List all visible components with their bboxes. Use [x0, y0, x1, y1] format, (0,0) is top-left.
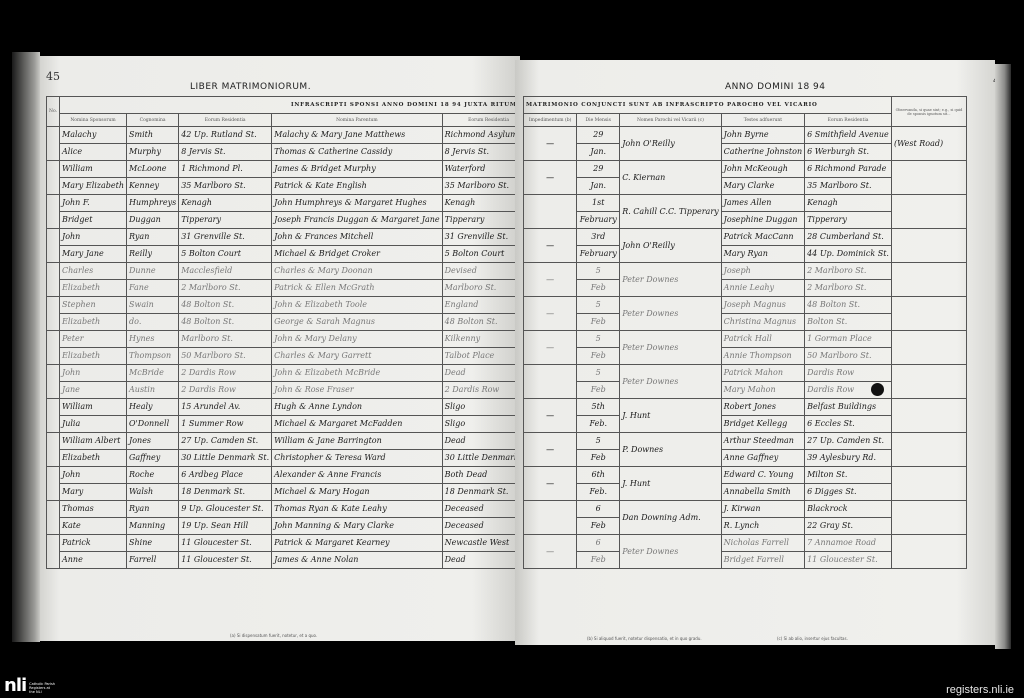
witness-name: Patrick MacCann: [721, 229, 804, 246]
spouse-name: Mary Jane: [60, 246, 127, 263]
spouse-residence: 5 Bolton Court: [179, 246, 272, 263]
witness-residence: 22 Gray St.: [805, 518, 892, 535]
spouse-surname: Austin: [127, 382, 179, 399]
right-banner: MATRIMONIO CONJUNCTI SUNT AB INFRASCRIPT…: [524, 97, 892, 114]
spouse-name: John F.: [60, 195, 127, 212]
witness-name: R. Lynch: [721, 518, 804, 535]
witness-residence: 6 Richmond Parade: [805, 161, 892, 178]
officiating-priest: Peter Downes: [620, 365, 721, 399]
register-entry-row: Elizabethdo.48 Bolton St.George & Sarah …: [47, 314, 583, 331]
parents-names: Michael & Bridget Croker: [272, 246, 442, 263]
register-entry-row: William AlbertJones27 Up. Camden St.Will…: [47, 433, 583, 450]
spouse-residence: 27 Up. Camden St.: [179, 433, 272, 450]
impediment: —: [524, 297, 577, 331]
spouse-residence: 8 Jervis St.: [179, 144, 272, 161]
notes: [891, 433, 966, 467]
witness-name: Annie Thompson: [721, 348, 804, 365]
impediment: —: [524, 467, 577, 501]
entry-mark: [47, 161, 60, 195]
register-entry-row: PatrickShine11 Gloucester St.Patrick & M…: [47, 535, 583, 552]
witness-name: Mary Clarke: [721, 178, 804, 195]
notes: [891, 161, 966, 195]
spouse-residence: 11 Gloucester St.: [179, 535, 272, 552]
register-entry-row: MaryWalsh18 Denmark St.Michael & Mary Ho…: [47, 484, 583, 501]
spouse-surname: Manning: [127, 518, 179, 535]
marriage-date: Feb.: [577, 416, 620, 433]
marriage-date: Jan.: [577, 178, 620, 195]
witness-name: Josephine Duggan: [721, 212, 804, 229]
officiating-priest: J. Hunt: [620, 399, 721, 433]
notes: [891, 365, 966, 399]
column-header: Impedimentum (b): [524, 114, 577, 127]
witness-name: Joseph Magnus: [721, 297, 804, 314]
register-entry-row: StephenSwain48 Bolton St.John & Elizabet…: [47, 297, 583, 314]
witness-residence: 1 Gorman Place: [805, 331, 892, 348]
register-entry-row: WilliamMcLoone1 Richmond Pl.James & Brid…: [47, 161, 583, 178]
parents-names: Alexander & Anne Francis: [272, 467, 442, 484]
left-page-edge: [12, 52, 40, 642]
spouse-residence: 2 Dardis Row: [179, 365, 272, 382]
entry-mark: [47, 331, 60, 365]
entry-mark: [47, 433, 60, 467]
entry-mark: [47, 365, 60, 399]
witness-residence: 2 Marlboro St.: [805, 280, 892, 297]
spouse-name: John: [60, 229, 127, 246]
entry-mark: [47, 467, 60, 501]
spouse-name: Thomas: [60, 501, 127, 518]
marriage-date: Feb: [577, 450, 620, 467]
witness-name: Nicholas Farrell: [721, 535, 804, 552]
column-header: Cognomina: [127, 114, 179, 127]
spouse-name: Elizabeth: [60, 450, 127, 467]
witness-residence: Kenagh: [805, 195, 892, 212]
witness-name: Mary Mahon: [721, 382, 804, 399]
marriage-date: 6: [577, 535, 620, 552]
register-entry-row: 6Dan Downing Adm.J. KirwanBlackrock: [524, 501, 967, 518]
right-page-title: ANNO DOMINI 18 94: [725, 82, 826, 92]
spouse-residence: 1 Richmond Pl.: [179, 161, 272, 178]
spouse-surname: Jones: [127, 433, 179, 450]
spouse-name: John: [60, 365, 127, 382]
spouse-surname: Ryan: [127, 229, 179, 246]
witness-residence: 44 Up. Dominick St.: [805, 246, 892, 263]
marriage-date: February: [577, 246, 620, 263]
register-entry-row: ElizabethGaffney30 Little Denmark St.Chr…: [47, 450, 583, 467]
entry-mark: [47, 127, 60, 161]
officiating-priest: John O'Reilly: [620, 229, 721, 263]
officiating-priest: Peter Downes: [620, 297, 721, 331]
notes: [891, 399, 966, 433]
spouse-name: Stephen: [60, 297, 127, 314]
register-entry-row: JohnMcBride2 Dardis RowJohn & Elizabeth …: [47, 365, 583, 382]
witness-name: J. Kirwan: [721, 501, 804, 518]
ink-blot: [871, 383, 884, 396]
spouse-name: Patrick: [60, 535, 127, 552]
spouse-name: William: [60, 161, 127, 178]
witness-residence: 50 Marlboro St.: [805, 348, 892, 365]
register-entry-row: —29C. KiernanJohn McKeough6 Richmond Par…: [524, 161, 967, 178]
nli-logo-mark: nli: [4, 678, 26, 694]
marriage-date: 6: [577, 501, 620, 518]
register-entry-row: JohnRoche6 Ardbeg PlaceAlexander & Anne …: [47, 467, 583, 484]
spouse-residence: 6 Ardbeg Place: [179, 467, 272, 484]
notes: [891, 229, 966, 263]
marriage-date: 29: [577, 161, 620, 178]
spouse-residence: Macclesfield: [179, 263, 272, 280]
impediment: —: [524, 399, 577, 433]
marriage-date: Feb: [577, 348, 620, 365]
register-entry-row: KateManning19 Up. Sean HillJohn Manning …: [47, 518, 583, 535]
register-entry-row: Mary JaneReilly5 Bolton CourtMichael & B…: [47, 246, 583, 263]
witness-name: John Byrne: [721, 127, 804, 144]
spouse-name: Julia: [60, 416, 127, 433]
column-header: Eorum Residentia: [179, 114, 272, 127]
officiating-priest: Peter Downes: [620, 263, 721, 297]
register-entry-row: 5Peter DownesPatrick MahonDardis Row: [524, 365, 967, 382]
left-page-title: LIBER MATRIMONIORUM.: [190, 82, 311, 92]
spouse-name: William: [60, 399, 127, 416]
witness-name: Patrick Hall: [721, 331, 804, 348]
witness-residence: Belfast Buildings: [805, 399, 892, 416]
parents-names: Christopher & Teresa Ward: [272, 450, 442, 467]
witness-residence: 35 Marlboro St.: [805, 178, 892, 195]
register-entry-row: PeterHynesMarlboro St.John & Mary Delany…: [47, 331, 583, 348]
impediment: [524, 195, 577, 229]
parents-names: John & Mary Delany: [272, 331, 442, 348]
spouse-surname: McLoone: [127, 161, 179, 178]
parents-names: Thomas & Catherine Cassidy: [272, 144, 442, 161]
spouse-surname: Dunne: [127, 263, 179, 280]
marriage-register-right-table: MATRIMONIO CONJUNCTI SUNT AB INFRASCRIPT…: [523, 96, 967, 569]
witness-residence: Tipperary: [805, 212, 892, 229]
marriage-date: 6th: [577, 467, 620, 484]
parents-names: Patrick & Ellen McGrath: [272, 280, 442, 297]
witness-name: Catherine Johnston: [721, 144, 804, 161]
witness-residence: Milton St.: [805, 467, 892, 484]
parents-names: John & Rose Fraser: [272, 382, 442, 399]
spouse-name: Jane: [60, 382, 127, 399]
impediment: [524, 365, 577, 399]
parents-names: John Manning & Mary Clarke: [272, 518, 442, 535]
register-entry-row: —6thJ. HuntEdward C. YoungMilton St.: [524, 467, 967, 484]
witness-name: Annabella Smith: [721, 484, 804, 501]
site-url[interactable]: registers.nli.ie: [946, 684, 1014, 696]
spouse-name: William Albert: [60, 433, 127, 450]
witness-residence: Blackrock: [805, 501, 892, 518]
notes: [891, 297, 966, 331]
notes: [891, 331, 966, 365]
register-entry-row: 1stR. Cahill C.C. TipperaryJames AllenKe…: [524, 195, 967, 212]
notes: [891, 501, 966, 535]
register-entry-row: ElizabethThompson50 Marlboro St.Charles …: [47, 348, 583, 365]
spouse-name: Charles: [60, 263, 127, 280]
column-header-row: Nomina SponsorumCognominaEorum Residenti…: [47, 114, 583, 127]
witness-residence: 39 Aylesbury Rd.: [805, 450, 892, 467]
notes: (West Road): [891, 127, 966, 161]
marriage-date: 1st: [577, 195, 620, 212]
no-header: No.: [47, 97, 60, 127]
register-entry-row: BridgetDugganTipperaryJoseph Francis Dug…: [47, 212, 583, 229]
register-entry-row: ElizabethFane2 Marlboro St.Patrick & Ell…: [47, 280, 583, 297]
spouse-surname: Thompson: [127, 348, 179, 365]
spouse-surname: Walsh: [127, 484, 179, 501]
parents-names: Thomas Ryan & Kate Leahy: [272, 501, 442, 518]
spouse-residence: 42 Up. Rutland St.: [179, 127, 272, 144]
marriage-date: 5: [577, 297, 620, 314]
marriage-date: 5: [577, 433, 620, 450]
entry-mark: [47, 297, 60, 331]
spouse-name: Mary Elizabeth: [60, 178, 127, 195]
notes: [891, 195, 966, 229]
spouse-surname: Shine: [127, 535, 179, 552]
spouse-residence: 50 Marlboro St.: [179, 348, 272, 365]
officiating-priest: C. Kiernan: [620, 161, 721, 195]
witness-residence: 28 Cumberland St.: [805, 229, 892, 246]
spouse-residence: 48 Bolton St.: [179, 314, 272, 331]
marriage-date: Feb: [577, 280, 620, 297]
notes: [891, 467, 966, 501]
officiating-priest: Peter Downes: [620, 535, 721, 569]
spouse-name: John: [60, 467, 127, 484]
left-footnote: (a) Si dispensatum fuerit, notetur, et a…: [230, 633, 317, 638]
spouse-residence: 35 Marlboro St.: [179, 178, 272, 195]
spouse-residence: 9 Up. Gloucester St.: [179, 501, 272, 518]
spouse-residence: Kenagh: [179, 195, 272, 212]
spouse-surname: Ryan: [127, 501, 179, 518]
spouse-residence: 2 Dardis Row: [179, 382, 272, 399]
parents-names: George & Sarah Magnus: [272, 314, 442, 331]
spouse-name: Elizabeth: [60, 314, 127, 331]
impediment: —: [524, 263, 577, 297]
left-page-number: 45: [46, 70, 60, 83]
entry-mark: [47, 195, 60, 229]
marriage-date: Jan.: [577, 144, 620, 161]
spouse-surname: Murphy: [127, 144, 179, 161]
witness-name: Patrick Mahon: [721, 365, 804, 382]
spouse-residence: 15 Arundel Av.: [179, 399, 272, 416]
spouse-name: Bridget: [60, 212, 127, 229]
marriage-date: Feb.: [577, 484, 620, 501]
left-page: 45 LIBER MATRIMONIORUM. No.INFRASCRIPTI …: [40, 56, 520, 641]
witness-name: James Allen: [721, 195, 804, 212]
parents-names: Charles & Mary Garrett: [272, 348, 442, 365]
impediment: —: [524, 127, 577, 161]
spouse-name: Peter: [60, 331, 127, 348]
parents-names: John & Frances Mitchell: [272, 229, 442, 246]
parents-names: Michael & Margaret McFadden: [272, 416, 442, 433]
marriage-register-left-table: No.INFRASCRIPTI SPONSI ANNO DOMINI 18 94…: [46, 96, 583, 569]
marriage-date: Feb: [577, 314, 620, 331]
parents-names: Michael & Mary Hogan: [272, 484, 442, 501]
register-entry-row: Mary ElizabethKenney35 Marlboro St.Patri…: [47, 178, 583, 195]
witness-name: Anne Gaffney: [721, 450, 804, 467]
marriage-date: Feb: [577, 552, 620, 569]
spouse-surname: Farrell: [127, 552, 179, 569]
marriage-date: February: [577, 212, 620, 229]
spouse-name: Malachy: [60, 127, 127, 144]
register-entry-row: AnneFarrell11 Gloucester St.James & Anne…: [47, 552, 583, 569]
entry-mark: [47, 263, 60, 297]
entry-mark: [47, 399, 60, 433]
spouse-surname: Fane: [127, 280, 179, 297]
register-entry-row: JaneAustin2 Dardis RowJohn & Rose Fraser…: [47, 382, 583, 399]
witness-name: Christina Magnus: [721, 314, 804, 331]
register-entry-row: —6Peter DownesNicholas Farrell7 Annamoe …: [524, 535, 967, 552]
parents-names: James & Anne Nolan: [272, 552, 442, 569]
officiating-priest: Dan Downing Adm.: [620, 501, 721, 535]
witness-name: Joseph: [721, 263, 804, 280]
witness-residence: 6 Digges St.: [805, 484, 892, 501]
spouse-residence: 30 Little Denmark St.: [179, 450, 272, 467]
witness-residence: 11 Gloucester St.: [805, 552, 892, 569]
impediment: [524, 501, 577, 535]
parents-names: John & Elizabeth Toole: [272, 297, 442, 314]
spouse-surname: Reilly: [127, 246, 179, 263]
marriage-date: 5: [577, 331, 620, 348]
witness-name: Annie Leahy: [721, 280, 804, 297]
register-entry-row: ThomasRyan9 Up. Gloucester St.Thomas Rya…: [47, 501, 583, 518]
register-entry-row: John F.HumphreysKenaghJohn Humphreys & M…: [47, 195, 583, 212]
spouse-surname: Kenney: [127, 178, 179, 195]
spouse-surname: Gaffney: [127, 450, 179, 467]
register-entry-row: —29John O'ReillyJohn Byrne6 Smithfield A…: [524, 127, 967, 144]
witness-name: Arthur Steedman: [721, 433, 804, 450]
witness-name: Robert Jones: [721, 399, 804, 416]
spouse-residence: 2 Marlboro St.: [179, 280, 272, 297]
impediment: —: [524, 331, 577, 365]
parents-names: Charles & Mary Doonan: [272, 263, 442, 280]
spouse-surname: O'Donnell: [127, 416, 179, 433]
spouse-name: Kate: [60, 518, 127, 535]
spouse-residence: 1 Summer Row: [179, 416, 272, 433]
parents-names: Patrick & Margaret Kearney: [272, 535, 442, 552]
spouse-surname: do.: [127, 314, 179, 331]
register-entry-row: —3rdJohn O'ReillyPatrick MacCann28 Cumbe…: [524, 229, 967, 246]
witness-residence: 48 Bolton St.: [805, 297, 892, 314]
column-header: Eorum Residentia: [805, 114, 892, 127]
register-entry-row: —5Peter DownesPatrick Hall1 Gorman Place: [524, 331, 967, 348]
entry-mark: [47, 229, 60, 263]
spouse-residence: Tipperary: [179, 212, 272, 229]
parents-names: Joseph Francis Duggan & Margaret Jane: [272, 212, 442, 229]
officiating-priest: Peter Downes: [620, 331, 721, 365]
marriage-date: 3rd: [577, 229, 620, 246]
spouse-residence: Marlboro St.: [179, 331, 272, 348]
spouse-surname: Swain: [127, 297, 179, 314]
register-entry-row: CharlesDunneMacclesfieldCharles & Mary D…: [47, 263, 583, 280]
column-header: Nomen Parochi vel Vicarii (c): [620, 114, 721, 127]
parents-names: James & Bridget Murphy: [272, 161, 442, 178]
witness-name: Bridget Farrell: [721, 552, 804, 569]
right-page-edge: [995, 64, 1011, 649]
parents-names: John Humphreys & Margaret Hughes: [272, 195, 442, 212]
witness-residence: Dardis Row: [805, 365, 892, 382]
spouse-surname: Hynes: [127, 331, 179, 348]
impediment: —: [524, 433, 577, 467]
impediment: —: [524, 229, 577, 263]
parents-names: William & Jane Barrington: [272, 433, 442, 450]
register-entry-row: —5thJ. HuntRobert JonesBelfast Buildings: [524, 399, 967, 416]
entry-mark: [47, 501, 60, 535]
spouse-surname: Healy: [127, 399, 179, 416]
spouse-residence: 11 Gloucester St.: [179, 552, 272, 569]
right-footnote-b: (b) Si aliquod fuerit, notetur dispensat…: [587, 636, 702, 641]
spouse-residence: 19 Up. Sean Hill: [179, 518, 272, 535]
spouse-residence: 18 Denmark St.: [179, 484, 272, 501]
register-entry-row: JuliaO'Donnell1 Summer RowMichael & Marg…: [47, 416, 583, 433]
witness-name: Edward C. Young: [721, 467, 804, 484]
spouse-name: Elizabeth: [60, 280, 127, 297]
register-entry-row: AliceMurphy8 Jervis St.Thomas & Catherin…: [47, 144, 583, 161]
register-entry-row: JohnRyan31 Grenville St.John & Frances M…: [47, 229, 583, 246]
register-entry-row: —5P. DownesArthur Steedman27 Up. Camden …: [524, 433, 967, 450]
officiating-priest: J. Hunt: [620, 467, 721, 501]
marriage-date: 29: [577, 127, 620, 144]
witness-name: Bridget Kellegg: [721, 416, 804, 433]
register-entry-row: WilliamHealy15 Arundel Av.Hugh & Anne Ly…: [47, 399, 583, 416]
spouse-residence: 31 Grenville St.: [179, 229, 272, 246]
parents-names: Hugh & Anne Lyndon: [272, 399, 442, 416]
column-header: Nomina Sponsorum: [60, 114, 127, 127]
nli-logo: nli Catholic Parish Registers at the NLI: [4, 678, 55, 694]
parents-names: Patrick & Kate English: [272, 178, 442, 195]
spouse-name: Mary: [60, 484, 127, 501]
witness-residence: 7 Annamoe Road: [805, 535, 892, 552]
marriage-date: 5th: [577, 399, 620, 416]
spouse-surname: Duggan: [127, 212, 179, 229]
witness-residence: Bolton St.: [805, 314, 892, 331]
marriage-date: 5: [577, 263, 620, 280]
officiating-priest: John O'Reilly: [620, 127, 721, 161]
spouse-surname: Humphreys: [127, 195, 179, 212]
witness-name: Mary Ryan: [721, 246, 804, 263]
column-header: Nomina Parentum: [272, 114, 442, 127]
notes: [891, 263, 966, 297]
marriage-date: Feb: [577, 382, 620, 399]
register-entry-row: —5Peter DownesJoseph Magnus48 Bolton St.: [524, 297, 967, 314]
left-banner: INFRASCRIPTI SPONSI ANNO DOMINI 18 94 JU…: [60, 97, 583, 114]
impediment: —: [524, 161, 577, 195]
parents-names: Malachy & Mary Jane Matthews: [272, 127, 442, 144]
banner-row: MATRIMONIO CONJUNCTI SUNT AB INFRASCRIPT…: [524, 97, 967, 114]
column-header: Testes adfuerunt: [721, 114, 804, 127]
notes: [891, 535, 966, 569]
register-entry-row: MalachySmith42 Up. Rutland St.Malachy & …: [47, 127, 583, 144]
nli-logo-text: Catholic Parish Registers at the NLI: [29, 682, 55, 694]
marriage-date: Feb: [577, 518, 620, 535]
register-entry-row: —5Peter DownesJoseph2 Marlboro St.: [524, 263, 967, 280]
spouse-surname: Smith: [127, 127, 179, 144]
witness-residence: 6 Eccles St.: [805, 416, 892, 433]
witness-residence: 6 Werburgh St.: [805, 144, 892, 161]
witness-residence: 6 Smithfield Avenue: [805, 127, 892, 144]
spouse-residence: 48 Bolton St.: [179, 297, 272, 314]
spouse-surname: Roche: [127, 467, 179, 484]
right-footnote-c: (c) Si ab alio, insertur ejus facultas.: [777, 636, 848, 641]
impediment: —: [524, 535, 577, 569]
witness-residence: 27 Up. Camden St.: [805, 433, 892, 450]
witness-name: John McKeough: [721, 161, 804, 178]
marriage-date: 5: [577, 365, 620, 382]
officiating-priest: R. Cahill C.C. Tipperary: [620, 195, 721, 229]
spouse-surname: McBride: [127, 365, 179, 382]
column-header: Die Mensis: [577, 114, 620, 127]
observanda-header: Observanda, si quae sint; e.g., si quid …: [891, 97, 966, 127]
entry-mark: [47, 535, 60, 569]
banner-row: No.INFRASCRIPTI SPONSI ANNO DOMINI 18 94…: [47, 97, 583, 114]
logo-line-3: the NLI: [29, 690, 55, 694]
spouse-name: Anne: [60, 552, 127, 569]
